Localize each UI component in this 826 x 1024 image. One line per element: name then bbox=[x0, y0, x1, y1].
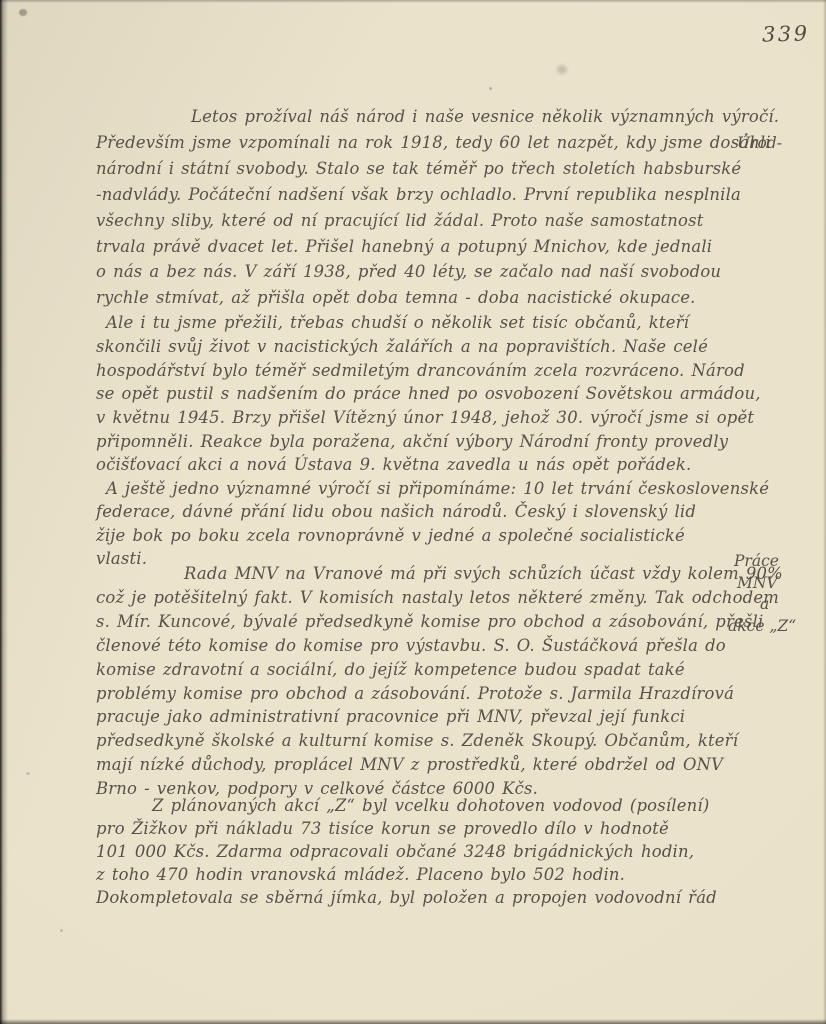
handwritten-line: pracuje jako administrativní pracovnice … bbox=[96, 705, 744, 729]
handwritten-line: národní i státní svobody. Stalo se tak t… bbox=[96, 156, 744, 182]
paragraph-mnv-commissions: Rada MNV na Vranové má při svých schůzíc… bbox=[96, 562, 744, 801]
margin-note-line: a bbox=[760, 594, 818, 616]
handwritten-line: se opět pustil s nadšením do práce hned … bbox=[96, 382, 744, 406]
handwritten-line: s. Mír. Kuncové, bývalé předsedkyně komi… bbox=[96, 610, 744, 634]
margin-note-prace-mnv-akce-z: Práce MNV a akce „Z“ bbox=[726, 551, 818, 637]
handwritten-line: rychle stmívat, až přišla opět doba temn… bbox=[96, 285, 744, 311]
handwritten-line: Ale i tu jsme přežili, třebas chudší o n… bbox=[96, 311, 744, 335]
handwritten-line: 101 000 Kčs. Zdarma odpracovali občané 3… bbox=[96, 840, 744, 863]
handwritten-line: hospodářství bylo téměř sedmiletým dranc… bbox=[96, 359, 744, 383]
paragraph-anniversaries: Letos prožíval náš národ i naše vesnice … bbox=[96, 104, 744, 311]
handwritten-line: skončili svůj život v nacistických žalář… bbox=[96, 335, 744, 359]
paragraph-occupation: Ale i tu jsme přežili, třebas chudší o n… bbox=[96, 311, 744, 477]
handwritten-line: očišťovací akci a nová Ústava 9. května … bbox=[96, 453, 744, 477]
margin-note-urod: Úrod- bbox=[737, 134, 782, 152]
handwritten-line: v květnu 1945. Brzy přišel Vítězný únor … bbox=[96, 406, 744, 430]
handwritten-line: všechny sliby, které od ní pracující lid… bbox=[96, 208, 744, 234]
handwritten-line: členové této komise do komise pro výstav… bbox=[96, 634, 744, 658]
handwritten-line: připomněli. Reakce byla poražena, akční … bbox=[96, 430, 744, 454]
handwritten-line: žije bok po boku zcela rovnoprávně v jed… bbox=[96, 524, 744, 547]
handwritten-line: Z plánovaných akcí „Z“ byl vcelku dohoto… bbox=[96, 794, 744, 817]
handwritten-line: problémy komise pro obchod a zásobování.… bbox=[96, 682, 744, 706]
paper-speck bbox=[557, 65, 567, 74]
handwritten-line: Dokompletovala se sběrná jímka, byl polo… bbox=[96, 886, 744, 909]
handwritten-line: Rada MNV na Vranové má při svých schůzíc… bbox=[96, 562, 744, 586]
handwritten-line: komise zdravotní a sociální, do jejíž ko… bbox=[96, 658, 744, 682]
page-top-edge-shadow bbox=[0, 0, 826, 3]
handwritten-line: pro Žižkov při nákladu 73 tisíce korun s… bbox=[96, 817, 744, 840]
handwritten-line: A ještě jedno významné výročí si připomí… bbox=[96, 477, 744, 500]
paragraph-akce-z: Z plánovaných akcí „Z“ byl vcelku dohoto… bbox=[96, 794, 744, 909]
handwritten-line: -nadvlády. Počáteční nadšení však brzy o… bbox=[96, 182, 744, 208]
handwritten-line: federace, dávné přání lidu obou našich n… bbox=[96, 500, 744, 523]
paper-speck bbox=[489, 87, 492, 90]
margin-note-line: akce „Z“ bbox=[728, 616, 818, 638]
handwritten-line: Především jsme vzpomínali na rok 1918, t… bbox=[96, 130, 744, 156]
margin-note-line: Práce bbox=[734, 551, 818, 573]
page-bottom-edge-shadow bbox=[0, 1019, 826, 1024]
handwritten-line: trvala právě dvacet let. Přišel hanebný … bbox=[96, 234, 744, 260]
handwritten-line: o nás a bez nás. V září 1938, před 40 lé… bbox=[96, 259, 744, 285]
paper-speck bbox=[60, 929, 63, 932]
paper-speck bbox=[19, 9, 27, 16]
margin-note-line: Úrod- bbox=[737, 134, 782, 152]
chronicle-page: 339 Letos prožíval náš národ i naše vesn… bbox=[0, 0, 826, 1024]
page-number: 339 bbox=[762, 21, 810, 46]
handwritten-line: mají nízké důchody, proplácel MNV z pros… bbox=[96, 753, 744, 777]
handwritten-line: předsedkyně školské a kulturní komise s.… bbox=[96, 729, 744, 753]
margin-note-line: MNV bbox=[737, 573, 818, 595]
handwritten-line: z toho 470 hodin vranovská mládež. Place… bbox=[96, 863, 744, 886]
paragraph-federation: A ještě jedno významné výročí si připomí… bbox=[96, 477, 744, 570]
paper-speck bbox=[26, 772, 30, 775]
page-left-edge-shadow bbox=[0, 0, 8, 1024]
handwritten-line: Letos prožíval náš národ i naše vesnice … bbox=[96, 104, 744, 130]
handwritten-line: což je potěšitelný fakt. V komisích nast… bbox=[96, 586, 744, 610]
manuscript-text: Letos prožíval náš národ i naše vesnice … bbox=[96, 104, 744, 910]
